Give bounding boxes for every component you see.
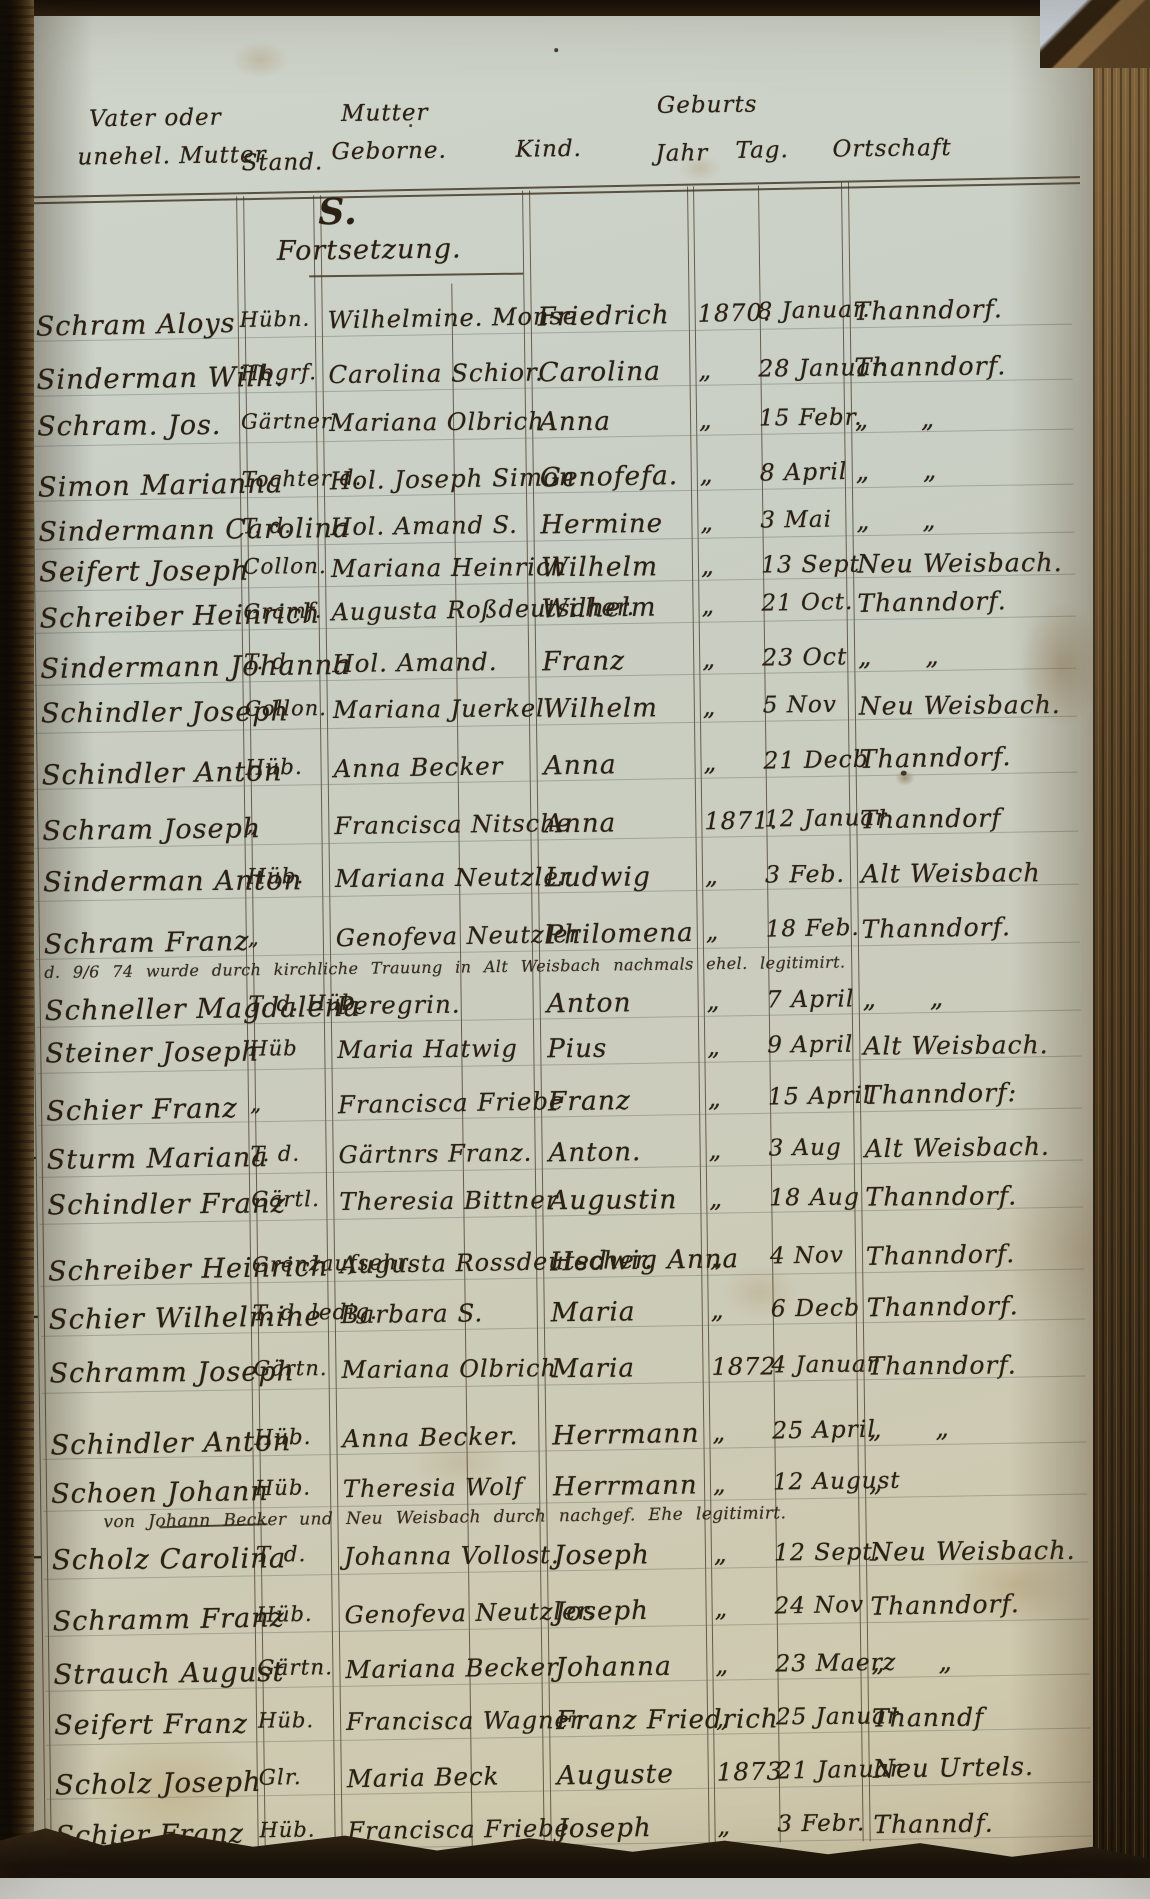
cell-stand: Gärtl. <box>251 1187 320 1213</box>
cell-day: 3 Feb. <box>765 860 845 889</box>
cell-child: Pius <box>547 1034 607 1064</box>
cell-mother: Barbara S. <box>341 1298 484 1329</box>
cell-day: 3 Mai <box>760 507 832 534</box>
cell-year: „ <box>709 1184 723 1213</box>
cell-stand: Hüb. <box>258 1708 314 1732</box>
register-row: Sindermann JohannaT. d.Hol. Amand.Franz„… <box>0 638 1147 695</box>
section-underline <box>309 273 523 277</box>
cell-stand: Hüb. <box>245 755 303 781</box>
cell-year: „ <box>717 1812 731 1840</box>
cell-child: Maria <box>551 1296 636 1328</box>
cell-mother: Hol. Amand. <box>332 647 498 678</box>
cell-mother: Mariana Neutzler <box>335 862 572 893</box>
register-sheet: Vater oder unehel. Mutter Stand. Mutter … <box>0 0 1150 1899</box>
book-binding-left-edge <box>0 0 34 1899</box>
header-stand: Stand. <box>242 149 324 176</box>
cell-stand: T. d. <box>242 514 292 539</box>
cell-mother: Mariana Olbrich <box>341 1354 557 1384</box>
cell-year: „ <box>705 861 719 890</box>
cell-place: „ „ <box>858 641 940 672</box>
cell-child: Joseph <box>557 1813 652 1844</box>
header-mother-line1: Mutter <box>341 100 429 127</box>
cell-mother: Mariana Heinrich <box>331 552 568 583</box>
scanner-background-corner <box>1040 0 1150 68</box>
cell-day: 15 Febr. <box>759 405 863 432</box>
cell-child: Herrmann <box>552 1418 700 1452</box>
cell-year: „ <box>701 591 715 619</box>
register-row: Strauch AugustGärtn.Mariana BeckerJohann… <box>9 1644 1150 1701</box>
cell-mother: Carolina Schior. <box>328 357 544 389</box>
cell-mother: Maria Beck <box>347 1761 500 1793</box>
register-row: Schier Franz„Francisca FriebeFranz„15 Ap… <box>2 1076 1150 1139</box>
section-letter: S. <box>318 191 358 234</box>
cell-place: Thanndorf. <box>866 1239 1016 1271</box>
cell-year: „ <box>703 747 717 776</box>
cell-child: Joseph <box>554 1596 649 1628</box>
cell-mother: Francisca Friebe <box>338 1086 565 1119</box>
cell-stand: Hbgrf. <box>240 360 317 386</box>
header-place: Ortschaft <box>832 135 951 163</box>
cell-child: Maria <box>551 1354 635 1385</box>
cell-stand: „ <box>246 813 258 837</box>
cell-year: „ <box>711 1295 725 1324</box>
cell-stand: Gärtn. <box>253 1356 327 1381</box>
cell-year: „ <box>707 1033 721 1061</box>
cell-place: Thanndorf. <box>867 1291 1019 1323</box>
page-stack-right-edge <box>1093 0 1150 1899</box>
cell-year: „ <box>714 1594 728 1622</box>
header-father-line1: Vater oder <box>89 105 222 133</box>
register-row: Schindler AntonHüb.Anna Becker.Herrmann„… <box>6 1410 1150 1473</box>
cell-place: Thanndorf: <box>864 1078 1018 1111</box>
cell-year: „ <box>714 1539 728 1568</box>
register-row: +Sturm MarianaT. d.Gärtnrs Franz.Anton.„… <box>3 1130 1150 1187</box>
cell-day: 4 Nov <box>770 1242 844 1269</box>
cell-day: 4 Januar <box>771 1352 878 1379</box>
cell-mother: Anna Becker <box>333 751 503 783</box>
register-row: Seifert FranzHüb.Francisca WagnerFranz F… <box>10 1701 1150 1752</box>
cell-stand: T. d. <box>256 1542 307 1567</box>
cell-child: Herrmann <box>553 1470 698 1502</box>
cell-child: Anna <box>543 749 617 781</box>
cell-stand: Hüb. <box>247 864 304 889</box>
cell-stand: „ <box>250 1092 263 1117</box>
cell-stand: Hüb. <box>255 1476 311 1501</box>
cell-year: „ <box>708 1136 722 1164</box>
header-year: Jahr <box>655 140 708 167</box>
cell-mother: Theresia Bittner <box>339 1185 558 1216</box>
ink-blot <box>554 48 558 52</box>
cell-mother: Mariana Olbrich <box>329 407 545 437</box>
page-curl-shadow <box>1010 0 1095 1899</box>
cell-day: 18 Aug <box>769 1183 860 1212</box>
cell-child: Wilhelm <box>541 551 658 583</box>
header-birth: Geburts <box>657 92 758 119</box>
cell-day: 18 Feb. <box>765 915 859 943</box>
scanner-background-bottom <box>0 1878 1150 1899</box>
register-row: Sinderman AntonHüb.Mariana NeutzlerLudwi… <box>0 857 1149 908</box>
cell-stand: Collon. <box>245 696 327 721</box>
cell-child: Anton <box>547 987 632 1019</box>
cell-day: 5 Nov <box>763 692 837 719</box>
cell-mother: Anna Becker. <box>342 1421 519 1453</box>
cell-place: „ „ <box>855 404 935 434</box>
cell-day: 3 Aug <box>768 1135 841 1162</box>
cell-child: Anna <box>544 808 616 839</box>
scanned-register-page: Vater oder unehel. Mutter Stand. Mutter … <box>0 0 1150 1899</box>
cell-place: „ „ <box>862 983 944 1014</box>
cell-year: „ <box>700 508 714 536</box>
cell-stand: Collon. <box>243 554 327 580</box>
register-row: Schram AloysHübn.Wilhelmine. MonseFriedr… <box>0 292 1142 355</box>
cell-child: Franz <box>542 645 625 677</box>
cell-day: 15 April <box>768 1081 872 1111</box>
cell-place: „ <box>869 1468 883 1497</box>
cell-year: 1872 <box>711 1352 776 1381</box>
cell-child: Wilhelm <box>541 592 657 624</box>
cell-day: 6 Decb <box>771 1293 861 1322</box>
cell-child: Friedrich <box>537 300 669 332</box>
cell-year: „ <box>716 1705 730 1733</box>
cell-stand: Gärtn. <box>257 1655 333 1681</box>
cell-place: Thanndorf. <box>854 351 1006 383</box>
cell-child: Hermine <box>540 509 663 541</box>
cell-place: Thanndorf. <box>853 294 1003 326</box>
cell-child: Ludwig <box>545 861 651 893</box>
cell-place: Thanndf. <box>873 1809 994 1840</box>
cell-child: Genofefa. <box>540 460 679 493</box>
register-row: Steiner JosephHübMaria HatwigPius„9 Apri… <box>1 1029 1150 1080</box>
cell-mother: Francisca Nitsche <box>334 809 572 840</box>
cell-stand: Hübn. <box>239 307 310 332</box>
cell-place: „ „ <box>856 505 936 535</box>
cell-mother: Johanna Vollost. <box>344 1540 560 1571</box>
cell-stand: T. d. <box>244 650 295 676</box>
register-row: Schramm FranzHüb.Genofeva Neutzler.Josep… <box>8 1587 1150 1650</box>
cell-mother: Mariana Becker <box>345 1652 559 1684</box>
section-continuation: Fortsetzung. <box>277 233 462 266</box>
cell-year: „ <box>701 551 715 580</box>
cell-year: „ <box>712 1417 726 1446</box>
cell-place: „ „ <box>868 1413 950 1444</box>
register-row: Schram. Jos.GärtnerMariana OlbrichAnna„1… <box>0 402 1143 453</box>
cell-year: „ <box>715 1650 729 1679</box>
cell-mother: Maria Hatwig <box>337 1034 518 1063</box>
header-child: Kind. <box>515 136 582 163</box>
cell-stand: T. d. <box>250 1142 300 1167</box>
cell-day: 21 Oct. <box>761 589 853 617</box>
cell-child: Franz Friedrich <box>556 1704 779 1736</box>
cell-stand: Hüb. <box>256 1602 312 1627</box>
header-rule <box>26 176 1080 198</box>
cell-stand: Glr. <box>259 1765 302 1791</box>
cell-place: Thanndorf. <box>870 1589 1020 1621</box>
register-row: Schramm JosephGärtn.Mariana OlbrichMaria… <box>5 1349 1150 1400</box>
cell-place: Thanndorf. <box>859 742 1011 775</box>
cell-year: 1873 <box>716 1756 783 1786</box>
register-row: +Schier WilhelmineT. d. ledig.Barbara S.… <box>5 1289 1150 1346</box>
cell-mother: Mariana Juerkel <box>333 694 545 724</box>
cell-mother: Theresia Wolf <box>343 1473 524 1503</box>
cell-place: „ „ <box>855 455 937 486</box>
cell-year: „ <box>698 355 712 384</box>
cell-place: Thanndorf. <box>861 912 1011 944</box>
header-day: Tag. <box>735 137 789 164</box>
cell-mother: Genofeva Neutzler <box>336 920 582 952</box>
register-row: +Scholz CarolinaT. d.Johanna Vollost.Jos… <box>8 1535 1150 1586</box>
cell-place: Thanndorf. <box>857 586 1007 618</box>
cell-stand: Hüb. <box>254 1425 312 1451</box>
register-row: Schreiber HeinrichGrenzaufsehr.Augusta R… <box>4 1237 1150 1300</box>
cell-child: Johanna <box>555 1651 672 1684</box>
cell-day: 25 April <box>772 1415 876 1445</box>
cell-child: Augustin <box>549 1184 677 1216</box>
cell-day: 13 Sept <box>761 550 860 579</box>
cell-day: 12 Sept. <box>774 1538 882 1567</box>
cell-child: Auguste <box>557 1758 675 1791</box>
cell-year: „ <box>699 406 713 434</box>
cell-child: Franz <box>548 1085 631 1117</box>
cell-child: Anton. <box>548 1137 641 1168</box>
book-top-edge <box>0 0 1150 16</box>
register-row: Schindler FranzGärtl.Theresia BittnerAug… <box>3 1180 1150 1231</box>
cell-mother: Gärtnrs Franz. <box>338 1139 532 1170</box>
cell-day: 24 Nov <box>774 1592 864 1620</box>
cell-day: 9 April <box>767 1032 853 1059</box>
cell-stand: Gärtner <box>241 409 332 434</box>
cell-stand: Hüb <box>249 1036 297 1060</box>
cell-child: Wilhelm <box>543 693 658 724</box>
cell-year: „ <box>703 693 717 721</box>
register-row: §Schneller MagdalenaT. d. Hüb.Peregrin.A… <box>1 980 1150 1037</box>
cell-year: „ <box>699 459 713 488</box>
ink-blot <box>901 771 907 776</box>
cell-mother: Hol. Amand S. <box>330 511 518 541</box>
header-father-line2: unehel. Mutter <box>77 142 266 170</box>
cell-year: „ <box>713 1470 727 1498</box>
cell-place: Thanndf <box>872 1703 984 1733</box>
cell-child: Joseph <box>554 1539 650 1571</box>
cell-day: 8 April <box>759 457 847 487</box>
cell-day: 23 Oct <box>762 642 848 671</box>
cell-stand: „ <box>248 926 260 950</box>
ink-blot <box>409 124 412 127</box>
register-row: Schindler AntonHüb.Anna BeckerAnna„21 De… <box>0 740 1148 803</box>
cell-year: „ <box>705 917 719 945</box>
cell-year: „ <box>706 986 720 1015</box>
cell-child: Philomena <box>546 918 694 951</box>
register-row: Sinderman Wilh.Hbgrf.Carolina Schior.Car… <box>0 350 1143 407</box>
gutter-shadow <box>34 0 94 1899</box>
cell-day: 21 Decb <box>763 745 869 775</box>
cell-child: Anna <box>539 407 611 438</box>
cell-place: Thanndorf <box>860 803 1002 834</box>
cell-year: „ <box>708 1083 722 1112</box>
cell-place: „ „ <box>871 1647 953 1678</box>
register-row: Scholz JosephGlr.Maria BeckAuguste187321… <box>11 1750 1150 1813</box>
cell-stand: Hüb. <box>259 1817 315 1842</box>
cell-mother: Francisca Wagner <box>346 1706 582 1736</box>
register-row: Schram Joseph„Francisca NitscheAnna1871.… <box>0 801 1149 858</box>
cell-stand: Gramf. <box>243 598 322 623</box>
cell-mother: Peregrin. <box>337 990 461 1021</box>
cell-year: „ <box>710 1244 724 1272</box>
cell-day: 7 April <box>766 984 854 1013</box>
header-mother-line2: Geborne. <box>331 138 447 166</box>
cell-day: 3 Febr. <box>777 1810 865 1837</box>
cell-child: Carolina <box>538 356 661 389</box>
cell-year: „ <box>702 644 716 673</box>
register-row: Schindler JosephCollon.Mariana JuerkelWi… <box>0 689 1147 740</box>
